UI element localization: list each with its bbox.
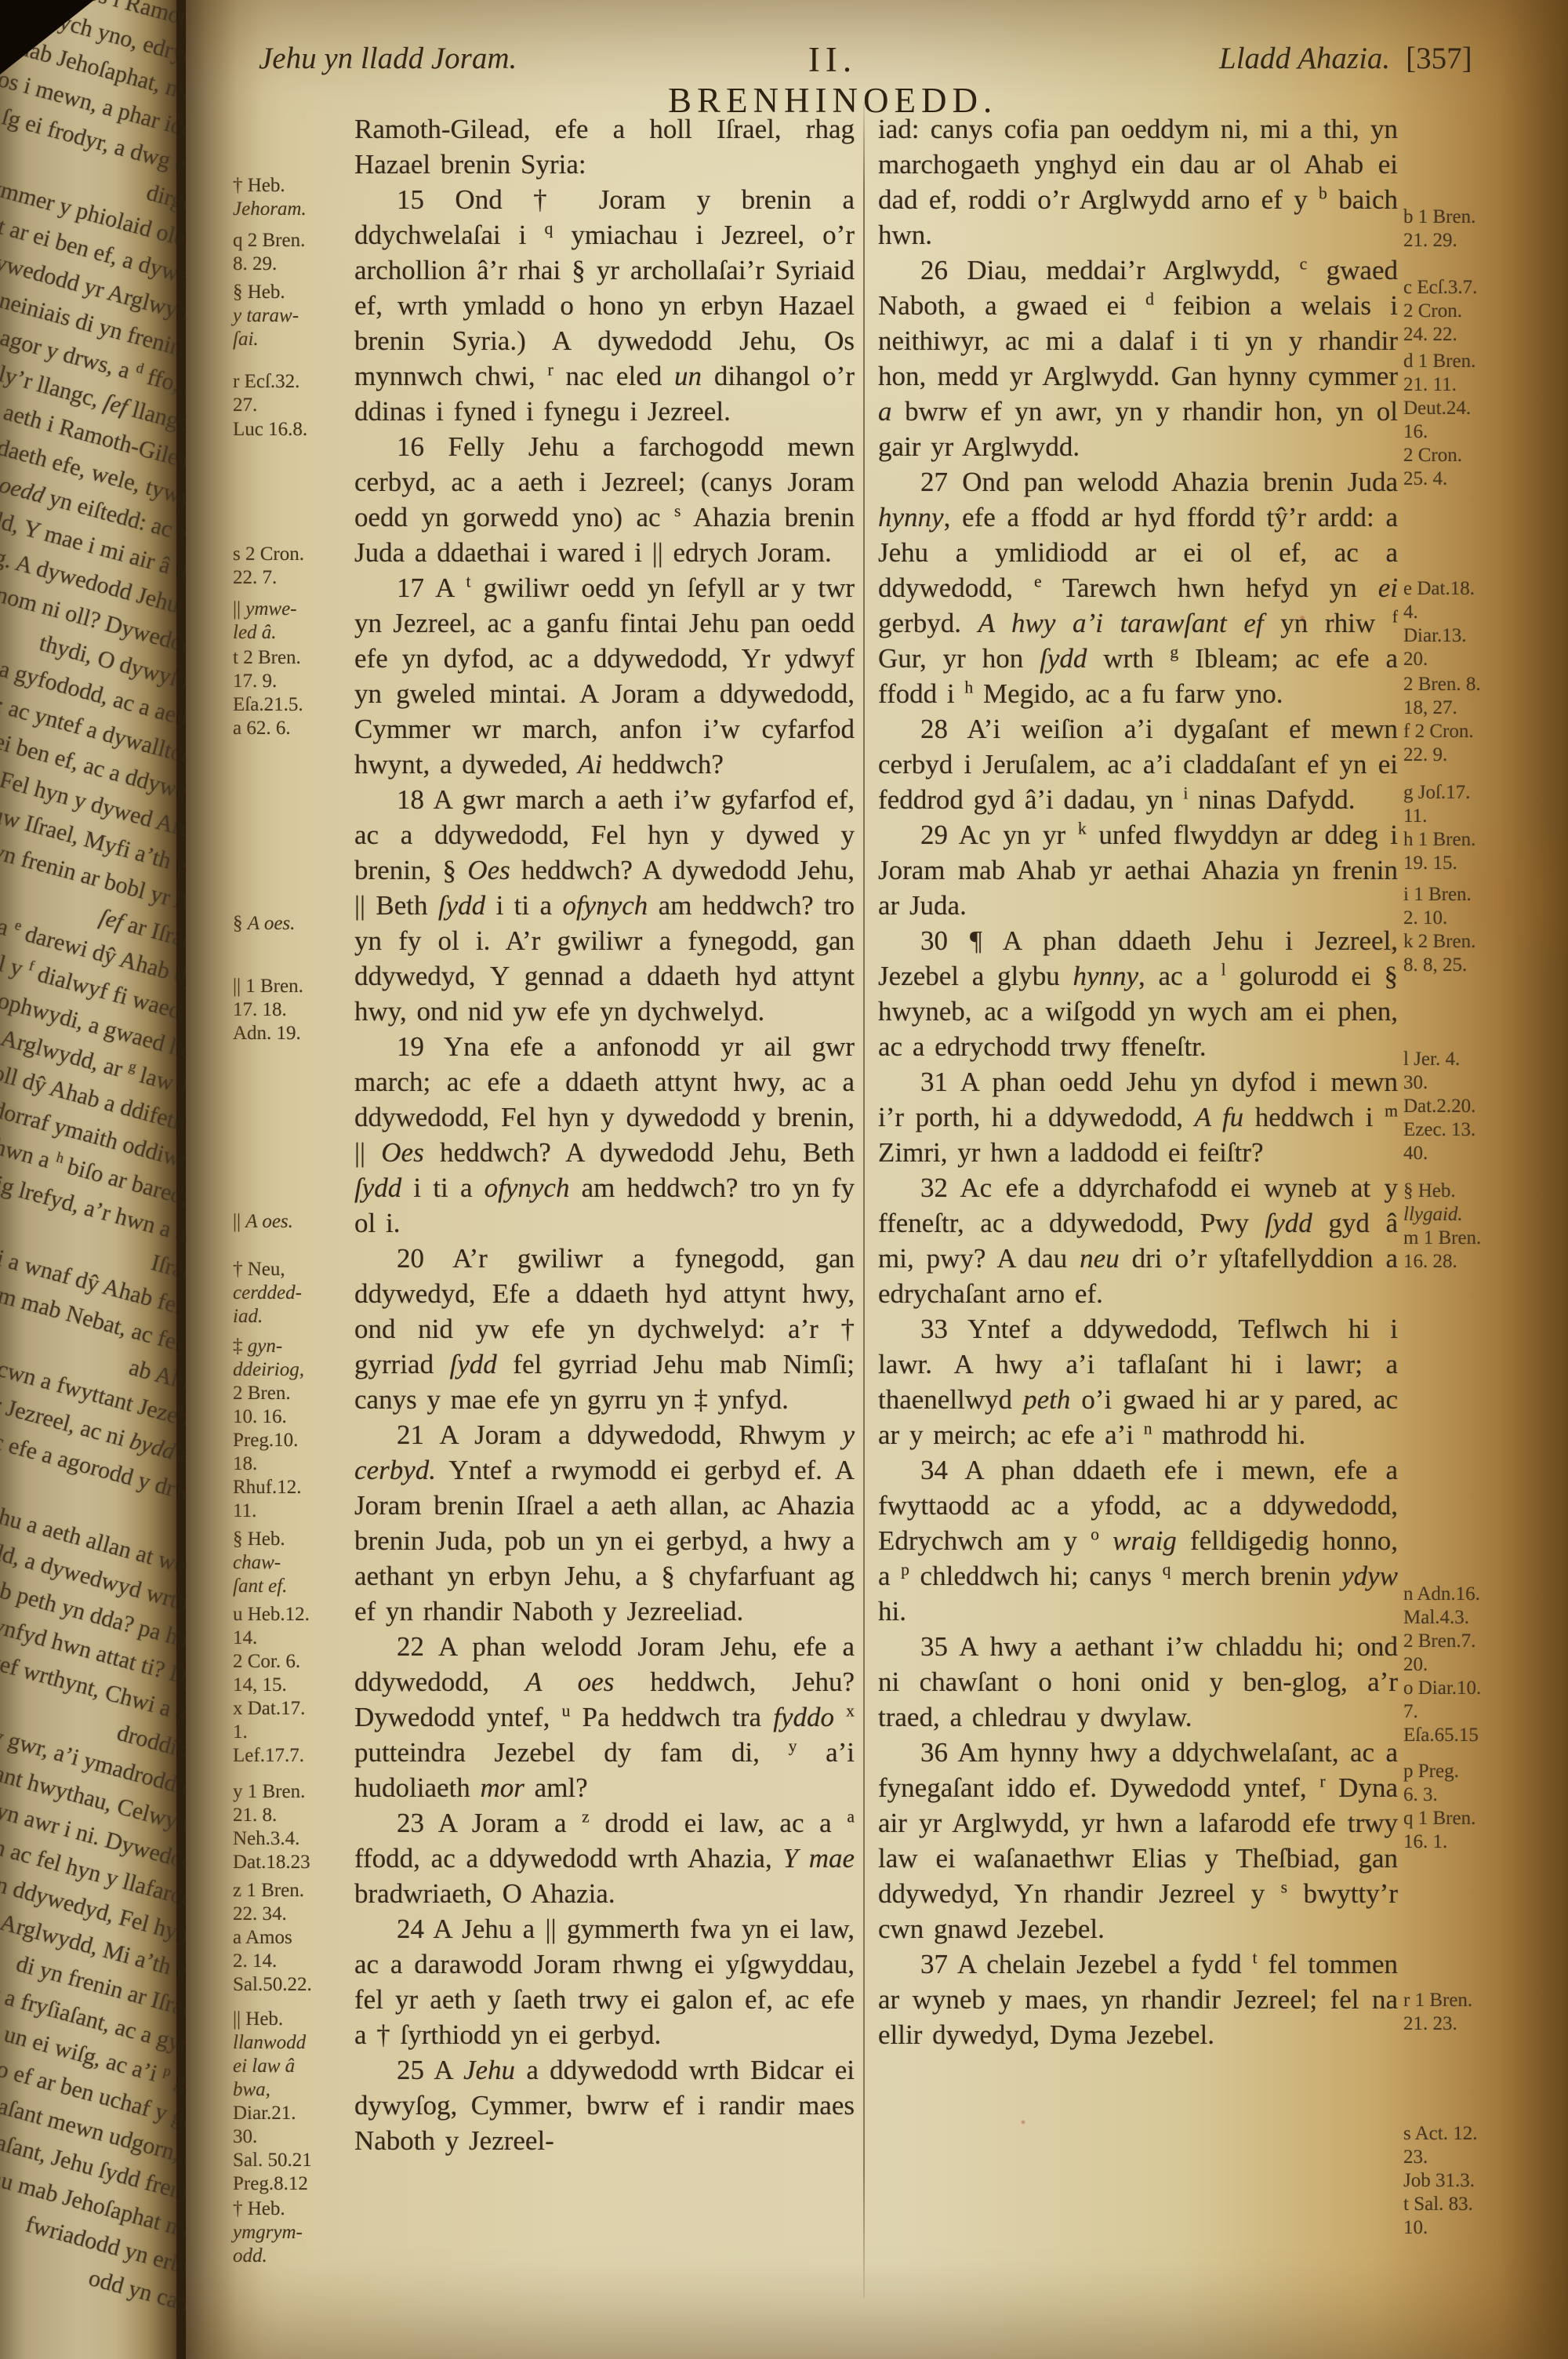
margin-note-line: 10. bbox=[1403, 2216, 1477, 2240]
margin-note-line: 2 Cron. bbox=[1403, 300, 1477, 323]
margin-note-line: Dat.18.23 bbox=[233, 1851, 310, 1874]
margin-note-line: 6. 3. bbox=[1403, 1783, 1475, 1807]
margin-note-line: Dat.2.20. bbox=[1403, 1095, 1475, 1118]
margin-note-line: 16. bbox=[1403, 420, 1475, 444]
margin-note: § Heb.llygaid.m 1 Bren.16. 28. bbox=[1403, 1179, 1481, 1274]
margin-note: i 1 Bren.2. 10.k 2 Bren.8. 8, 25. bbox=[1403, 883, 1475, 977]
margin-note: † Neu,cerdded-iad. bbox=[233, 1258, 302, 1329]
margin-note-line: chaw- bbox=[233, 1551, 287, 1575]
margin-note-line: § Heb. bbox=[233, 281, 299, 304]
margin-note-line: a 62. 6. bbox=[233, 717, 303, 740]
margin-note-line: led â. bbox=[233, 621, 297, 645]
verse-paragraph: 27 Ond pan welodd Ahazia brenin Juda hyn… bbox=[878, 464, 1398, 711]
margin-note-line: ddeiriog, bbox=[233, 1358, 304, 1382]
margin-note: s 2 Cron.22. 7. bbox=[233, 543, 304, 590]
margin-note-line: s 2 Cron. bbox=[233, 543, 304, 566]
margin-note-line: 11. bbox=[233, 1499, 304, 1523]
margin-note-line: Rhuf.12. bbox=[233, 1476, 304, 1499]
margin-note-line: 19. 15. bbox=[1403, 852, 1475, 875]
margin-note-line: y 1 Bren. bbox=[233, 1780, 310, 1804]
margin-note-line: 2 Bren. 8. bbox=[1403, 673, 1481, 696]
margin-note-line: 21. 11. bbox=[1403, 373, 1475, 397]
margin-note-line: 30. bbox=[233, 2125, 312, 2149]
book-page-photo: , a dos i Ramoth-an ddelych yno, edrychh… bbox=[0, 0, 1568, 2359]
margin-note-line: Eſa.21.5. bbox=[233, 693, 303, 717]
column-divider-rule bbox=[863, 102, 865, 2298]
margin-note-line: c Ecſ.3.7. bbox=[1403, 276, 1477, 300]
margin-note-line: bwa, bbox=[233, 2078, 312, 2102]
margin-note-line: 18, 27. bbox=[1403, 696, 1481, 720]
verse-paragraph: 15 Ond † Joram y brenin a ddychwelaſai i… bbox=[354, 182, 855, 429]
margin-note-line: † Neu, bbox=[233, 1258, 302, 1281]
margin-note-line: § Heb. bbox=[1403, 1179, 1481, 1203]
margin-note-line: 17. 18. bbox=[233, 998, 303, 1022]
margin-note-line: llanwodd bbox=[233, 2031, 312, 2055]
margin-note-line: h 1 Bren. bbox=[1403, 828, 1475, 852]
facing-page-edge: , a dos i Ramoth-an ddelych yno, edrychh… bbox=[0, 0, 186, 2359]
margin-note-line: a Amos bbox=[233, 1926, 312, 1950]
verse-paragraph: 19 Yna efe a anfonodd yr ail gwr march; … bbox=[354, 1029, 855, 1241]
margin-note-line: ymgrym- bbox=[233, 2221, 303, 2245]
margin-note-line: § A oes. bbox=[233, 912, 295, 936]
margin-note-line: 16. 1. bbox=[1403, 1830, 1475, 1854]
margin-note-line: 2 Cor. 6. bbox=[233, 1650, 310, 1674]
margin-note-line: q 1 Bren. bbox=[1403, 1807, 1475, 1830]
margin-note-line: m 1 Bren. bbox=[1403, 1227, 1481, 1250]
margin-note-line: n Adn.16. bbox=[1403, 1583, 1481, 1606]
verse-paragraph: 37 A chelain Jezebel a fydd t fel tommen… bbox=[878, 1946, 1398, 2052]
margin-note-line: 23. bbox=[1403, 2146, 1477, 2169]
margin-note-line: Luc 16.8. bbox=[233, 418, 307, 442]
margin-note-line: odd. bbox=[233, 2245, 303, 2268]
verse-paragraph: 24 A Jehu a || gymmerth fwa yn ei law, a… bbox=[354, 1911, 855, 2052]
margin-note-line: ei law â bbox=[233, 2055, 312, 2078]
margin-note-line: 21. 29. bbox=[1403, 229, 1475, 253]
margin-note-line: || Heb. bbox=[233, 2008, 312, 2031]
verse-paragraph: 31 A phan oedd Jehu yn dyfod i mewn i’r … bbox=[878, 1064, 1398, 1170]
margin-note-line: 20. bbox=[1403, 1653, 1481, 1677]
margin-note: † Heb.Jehoram. bbox=[233, 174, 307, 221]
margin-note-line: Sal.50.22. bbox=[233, 1973, 312, 1997]
text-column-right: iad: canys cofia pan oeddym ni, mi a thi… bbox=[878, 111, 1398, 2052]
verse-paragraph: 17 A t gwiliwr oedd yn ſefyll ar y twr y… bbox=[354, 570, 855, 782]
verse-paragraph: 21 A Joram a ddywedodd, Rhwym y cerbyd. … bbox=[354, 1417, 855, 1629]
margin-note-line: Eſa.65.15 bbox=[1403, 1724, 1481, 1747]
verse-paragraph: 26 Diau, meddai’r Arglwydd, c gwaed Nabo… bbox=[878, 253, 1398, 464]
margin-note: ‡ gyn-ddeiriog,2 Bren.10. 16.Preg.10.18.… bbox=[233, 1335, 304, 1523]
margin-note: r Ecſ.32.27. bbox=[233, 370, 299, 417]
margin-note-line: 2 Bren. bbox=[233, 1382, 304, 1405]
margin-note: z 1 Bren.22. 34.a Amos2. 14.Sal.50.22. bbox=[233, 1879, 312, 1997]
margin-note: § Heb.y taraw-ſai. bbox=[233, 281, 299, 351]
margin-note-line: 24. 22. bbox=[1403, 323, 1477, 347]
margin-note: † Heb.ymgrym-odd. bbox=[233, 2197, 303, 2268]
margin-note-line: || ymwe- bbox=[233, 598, 297, 621]
margin-note-line: 2. 14. bbox=[233, 1950, 312, 1973]
margin-note: || ymwe-led â. bbox=[233, 598, 297, 645]
margin-note: u Heb.12.14.2 Cor. 6.14, 15.x Dat.17.1.L… bbox=[233, 1603, 310, 1768]
margin-note-line: 11. bbox=[1403, 805, 1475, 828]
margin-note: c Ecſ.3.7.2 Cron.24. 22. bbox=[1403, 276, 1477, 347]
margin-note: § Heb.chaw-ſant ef. bbox=[233, 1528, 287, 1598]
margin-note: 2 Bren. 8.18, 27.f 2 Cron.22. 9. bbox=[1403, 673, 1481, 767]
margin-note: || 1 Bren.17. 18.Adn. 19. bbox=[233, 975, 303, 1045]
margin-note-line: ‡ gyn- bbox=[233, 1335, 304, 1358]
margin-note-line: k 2 Bren. bbox=[1403, 930, 1475, 954]
margin-note: § A oes. bbox=[233, 912, 295, 936]
margin-note-line: Diar.13. bbox=[1403, 624, 1475, 648]
margin-note-line: i 1 Bren. bbox=[1403, 883, 1475, 907]
margin-note: Luc 16.8. bbox=[233, 418, 307, 442]
margin-note-line: cerdded- bbox=[233, 1281, 302, 1305]
running-title-right-text: Lladd Ahazia. bbox=[1219, 41, 1390, 76]
verse-paragraph: Ramoth-Gilead, efe a holl Iſrael, rhag H… bbox=[354, 111, 855, 182]
verse-paragraph: iad: canys cofia pan oeddym ni, mi a thi… bbox=[878, 111, 1398, 253]
margin-note-line: 18. bbox=[233, 1452, 304, 1476]
margin-note: d 1 Bren.21. 11.Deut.24.16.2 Cron.25. 4. bbox=[1403, 350, 1475, 491]
verse-paragraph: 20 A’r gwiliwr a fynegodd, gan ddywedyd,… bbox=[354, 1241, 855, 1417]
margin-note-line: 22. 9. bbox=[1403, 743, 1481, 767]
margin-note: r 1 Bren.21. 23. bbox=[1403, 1989, 1472, 2036]
left-margin-notes: † Heb.Jehoram.q 2 Bren.8. 29.§ Heb.y tar… bbox=[233, 0, 350, 2359]
margin-note-line: Preg.8.12 bbox=[233, 2172, 312, 2196]
margin-note-line: 8. 8, 25. bbox=[1403, 954, 1475, 977]
margin-note-line: y taraw- bbox=[233, 304, 299, 328]
margin-note-line: t 2 Bren. bbox=[233, 646, 303, 670]
margin-note-line: x Dat.17. bbox=[233, 1697, 310, 1721]
margin-note-line: 2 Bren.7. bbox=[1403, 1630, 1481, 1653]
verse-paragraph: 33 Yntef a ddywedodd, Teflwch hi i lawr.… bbox=[878, 1311, 1398, 1452]
margin-note-line: p Preg. bbox=[1403, 1760, 1475, 1783]
margin-note-line: Mal.4.3. bbox=[1403, 1606, 1481, 1630]
text-column-left: Ramoth-Gilead, efe a holl Iſrael, rhag H… bbox=[354, 111, 855, 2158]
margin-note-line: † Heb. bbox=[233, 2197, 303, 2221]
margin-note-line: Ezec. 13. bbox=[1403, 1118, 1475, 1142]
margin-note-line: 10. 16. bbox=[233, 1405, 304, 1429]
verse-paragraph: 29 Ac yn yr k unfed flwyddyn ar ddeg i J… bbox=[878, 817, 1398, 923]
margin-note-line: 27. bbox=[233, 394, 299, 417]
margin-note-line: 17. 9. bbox=[233, 670, 303, 693]
verse-paragraph: 25 A Jehu a ddywedodd wrth Bidcar ei dyw… bbox=[354, 2052, 855, 2158]
margin-note-line: 30. bbox=[1403, 1071, 1475, 1095]
margin-note: q 2 Bren.8. 29. bbox=[233, 229, 305, 276]
verse-paragraph: 34 A phan ddaeth efe i mewn, efe a fwytt… bbox=[878, 1452, 1398, 1629]
margin-note-line: 20. bbox=[1403, 648, 1475, 671]
margin-note-line: t Sal. 83. bbox=[1403, 2193, 1477, 2216]
right-margin-notes: b 1 Bren.21. 29.c Ecſ.3.7.2 Cron.24. 22.… bbox=[1403, 0, 1566, 2359]
margin-note: b 1 Bren.21. 29. bbox=[1403, 205, 1475, 253]
margin-note-line: Lef.17.7. bbox=[233, 1744, 310, 1768]
margin-note-line: l Jer. 4. bbox=[1403, 1048, 1475, 1071]
book-title: II. BRENHINOEDD. bbox=[668, 39, 997, 121]
margin-note-line: Deut.24. bbox=[1403, 397, 1475, 420]
margin-note-line: Neh.3.4. bbox=[233, 1827, 310, 1851]
margin-note-line: llygaid. bbox=[1403, 1203, 1481, 1227]
margin-note-line: ſai. bbox=[233, 328, 299, 351]
margin-note-line: o Diar.10. bbox=[1403, 1677, 1481, 1700]
facing-page-text: , a dos i Ramoth-an ddelych yno, edrychh… bbox=[0, 5, 186, 2327]
margin-note-line: s Act. 12. bbox=[1403, 2122, 1477, 2146]
margin-note: || Heb.llanwoddei law âbwa,Diar.21.30.Sa… bbox=[233, 2008, 312, 2196]
margin-note-line: 2 Cron. bbox=[1403, 444, 1475, 467]
margin-note-line: g Joſ.17. bbox=[1403, 781, 1475, 805]
margin-note-line: Diar.21. bbox=[233, 2102, 312, 2125]
margin-note: l Jer. 4.30.Dat.2.20.Ezec. 13.40. bbox=[1403, 1048, 1475, 1165]
margin-note-line: 8. 29. bbox=[233, 253, 305, 276]
margin-note-line: 16. 28. bbox=[1403, 1250, 1481, 1274]
verse-paragraph: 23 A Joram a z drodd ei law, ac a a ffod… bbox=[354, 1805, 855, 1911]
margin-note-line: 14, 15. bbox=[233, 1674, 310, 1697]
margin-note-line: 22. 34. bbox=[233, 1903, 312, 1926]
margin-note-line: Adn. 19. bbox=[233, 1022, 303, 1045]
margin-note-line: 1. bbox=[233, 1721, 310, 1744]
margin-note-line: e Dat.18. bbox=[1403, 577, 1475, 601]
margin-note: t 2 Bren.17. 9.Eſa.21.5.a 62. 6. bbox=[233, 646, 303, 740]
verse-paragraph: 16 Felly Jehu a farchogodd mewn cerbyd, … bbox=[354, 429, 855, 570]
margin-note-line: f 2 Cron. bbox=[1403, 720, 1481, 743]
margin-note-line: ſant ef. bbox=[233, 1575, 287, 1598]
margin-note: n Adn.16.Mal.4.3.2 Bren.7.20.o Diar.10.7… bbox=[1403, 1583, 1481, 1747]
verse-paragraph: 32 Ac efe a ddyrchafodd ei wyneb at y ff… bbox=[878, 1170, 1398, 1311]
margin-note-line: 25. 4. bbox=[1403, 467, 1475, 491]
margin-note-line: 7. bbox=[1403, 1700, 1481, 1724]
margin-note-line: b 1 Bren. bbox=[1403, 205, 1475, 229]
margin-note-line: 2. 10. bbox=[1403, 907, 1475, 930]
margin-note-line: Preg.10. bbox=[233, 1429, 304, 1452]
margin-note-line: § Heb. bbox=[233, 1528, 287, 1551]
margin-note-line: r 1 Bren. bbox=[1403, 1989, 1472, 2012]
margin-note: e Dat.18.4.Diar.13.20. bbox=[1403, 577, 1475, 671]
verse-paragraph: 18 A gwr march a aeth i’w gyfarfod ef, a… bbox=[354, 782, 855, 1029]
verse-paragraph: 35 A hwy a aethant i’w chladdu hi; ond n… bbox=[878, 1629, 1398, 1735]
margin-note: || A oes. bbox=[233, 1210, 293, 1234]
margin-note-line: z 1 Bren. bbox=[233, 1879, 312, 1903]
verse-paragraph: 28 A’i weiſion a’i dygaſant ef mewn cerb… bbox=[878, 711, 1398, 817]
margin-note-line: † Heb. bbox=[233, 174, 307, 198]
margin-note-line: 4. bbox=[1403, 601, 1475, 624]
margin-note-line: Jehoram. bbox=[233, 198, 307, 221]
margin-note-line: 22. 7. bbox=[233, 566, 304, 590]
margin-note: p Preg.6. 3.q 1 Bren.16. 1. bbox=[1403, 1760, 1475, 1854]
margin-note-line: Sal. 50.21 bbox=[233, 2149, 312, 2172]
margin-note-line: Job 31.3. bbox=[1403, 2169, 1477, 2193]
margin-note-line: 21. 8. bbox=[233, 1804, 310, 1827]
verse-paragraph: 22 A phan welodd Joram Jehu, efe a ddywe… bbox=[354, 1629, 855, 1805]
margin-note-line: || 1 Bren. bbox=[233, 975, 303, 998]
verse-paragraph: 36 Am hynny hwy a ddychwelaſant, ac a fy… bbox=[878, 1735, 1398, 1946]
margin-note-line: r Ecſ.32. bbox=[233, 370, 299, 394]
margin-note: s Act. 12.23.Job 31.3.t Sal. 83.10. bbox=[1403, 2122, 1477, 2240]
verse-paragraph: 30 ¶ A phan ddaeth Jehu i Jezreel, Jezeb… bbox=[878, 923, 1398, 1064]
margin-note-line: || A oes. bbox=[233, 1210, 293, 1234]
margin-note-line: 21. 23. bbox=[1403, 2012, 1472, 2036]
margin-note: y 1 Bren.21. 8.Neh.3.4.Dat.18.23 bbox=[233, 1780, 310, 1874]
margin-note: g Joſ.17.11.h 1 Bren.19. 15. bbox=[1403, 781, 1475, 875]
margin-note-line: d 1 Bren. bbox=[1403, 350, 1475, 373]
margin-note-line: 40. bbox=[1403, 1142, 1475, 1165]
margin-note-line: iad. bbox=[233, 1305, 302, 1329]
margin-note-line: 14. bbox=[233, 1627, 310, 1650]
margin-note-line: q 2 Bren. bbox=[233, 229, 305, 253]
margin-note-line: u Heb.12. bbox=[233, 1603, 310, 1627]
